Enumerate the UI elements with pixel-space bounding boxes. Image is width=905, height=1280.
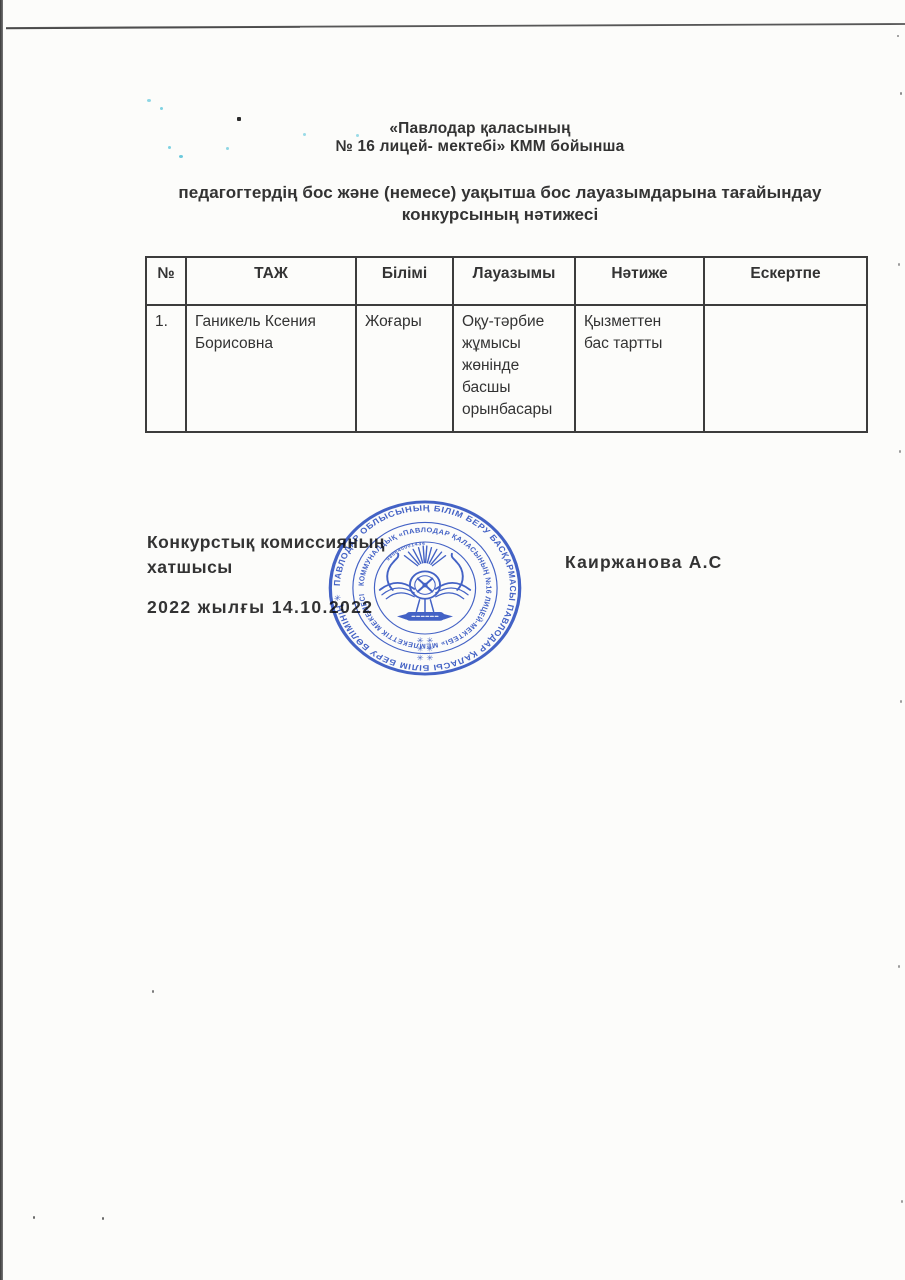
cell-education: Жоғары <box>356 305 453 432</box>
svg-text:✳: ✳ <box>426 645 433 654</box>
scan-speckle <box>900 700 902 703</box>
scan-speckle <box>102 1217 104 1220</box>
svg-text:✳: ✳ <box>417 636 424 645</box>
svg-text:✳: ✳ <box>426 654 433 663</box>
scan-speckle <box>179 155 183 158</box>
emblem-banner <box>397 599 453 621</box>
results-table: № ТАЖ Білімі Лауазымы Нәтиже Ескертпе 1.… <box>145 256 868 433</box>
emblem-shanyrak <box>410 571 440 598</box>
cell-position: Оқу-тәрбие жұмысы жөнінде басшы орынбаса… <box>453 305 575 432</box>
col-header-position: Лауазымы <box>453 257 575 305</box>
signature-name: Каиржанова А.С <box>565 552 723 573</box>
scan-speckle <box>898 965 900 968</box>
cell-name: Ганикель Ксения Борисовна <box>186 305 356 432</box>
cell-note <box>704 305 867 432</box>
cell-result: Қызметтен бас тартты <box>575 305 704 432</box>
col-header-num: № <box>146 257 186 305</box>
scan-speckle <box>900 92 902 95</box>
organization-title: «Павлодар қаласының № 16 лицей- мектебі»… <box>130 120 830 155</box>
svg-text:✳: ✳ <box>426 636 433 645</box>
scan-speckle <box>33 1216 35 1219</box>
col-header-result: Нәтиже <box>575 257 704 305</box>
scan-speckle <box>897 35 899 37</box>
col-header-note: Ескертпе <box>704 257 867 305</box>
scan-speckle <box>899 450 901 453</box>
table-row: 1. Ганикель Ксения Борисовна Жоғары Оқу-… <box>146 305 867 432</box>
scan-speckle <box>147 99 151 102</box>
document-title: педагогтердің бос және (немесе) уақытша … <box>95 182 905 226</box>
scan-speckle <box>901 1200 903 1203</box>
svg-text:✳: ✳ <box>417 645 424 654</box>
cell-num: 1. <box>146 305 186 432</box>
scanned-document-page: «Павлодар қаласының № 16 лицей- мектебі»… <box>0 0 905 1280</box>
col-header-education: Білімі <box>356 257 453 305</box>
scan-speckle <box>898 263 900 266</box>
scan-top-edge-line <box>0 0 905 40</box>
official-stamp: ПАВЛОДАР ОБЛЫСЫНЫҢ БІЛІМ БЕРУ БАСҚАРМАСЫ… <box>326 498 524 678</box>
scan-left-edge-line <box>0 0 3 1280</box>
scan-speckle <box>152 990 154 993</box>
col-header-name: ТАЖ <box>186 257 356 305</box>
scan-speckle <box>160 107 163 110</box>
svg-text:✳: ✳ <box>417 654 424 663</box>
table-header-row: № ТАЖ Білімі Лауазымы Нәтиже Ескертпе <box>146 257 867 305</box>
